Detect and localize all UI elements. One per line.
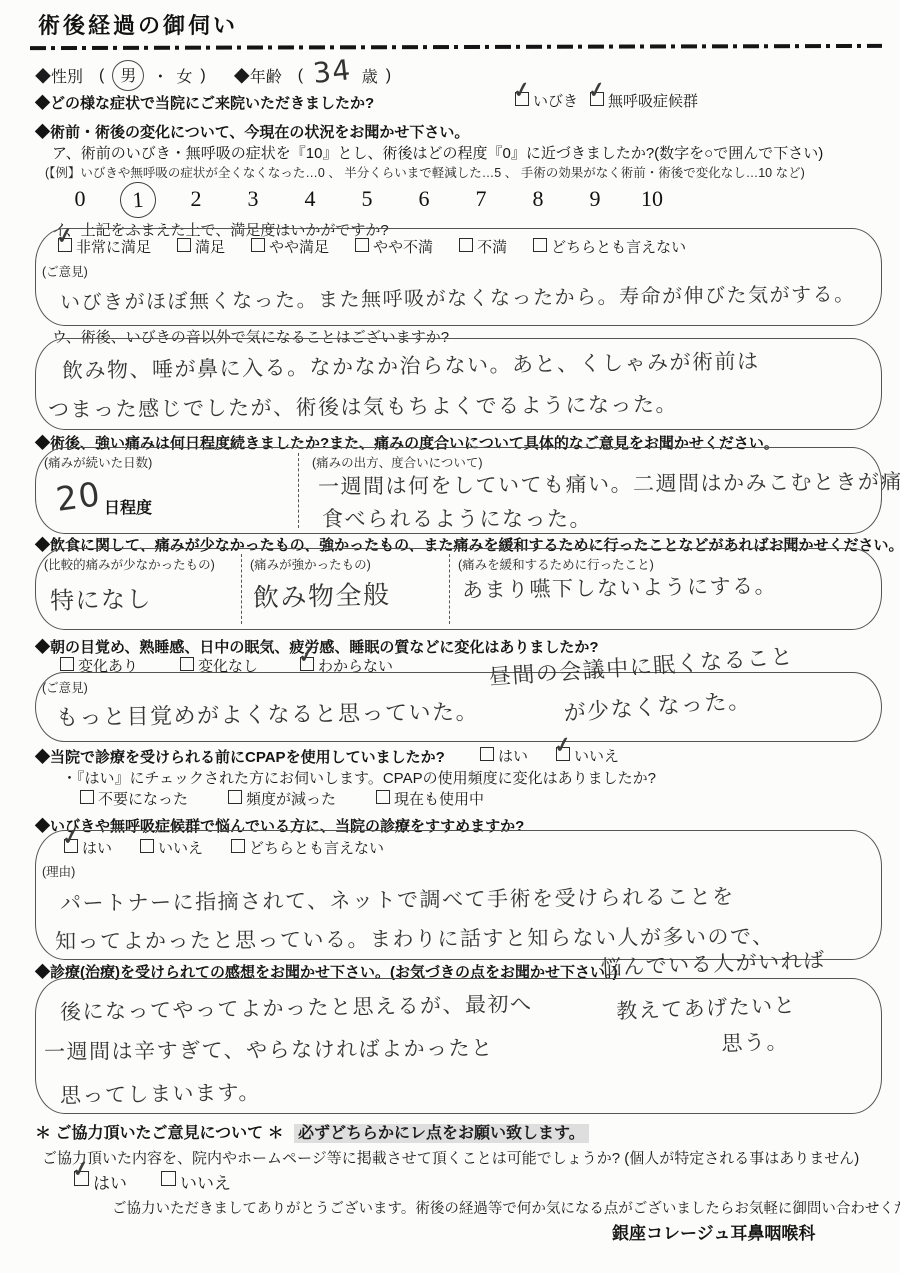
satisfaction-options: ✓非常に満足 ✓満足 ✓やや満足 ✓やや不満 ✓不満 ✓どちらとも言えない [58, 236, 686, 257]
change-question: ◆術前・術後の変化について、今現在の状況をお聞かせ下さい。 [35, 121, 469, 142]
pain-detail-line2-handwritten: 食べられるようになった。 [322, 503, 592, 533]
somewhat-dissatisfied-label: やや不満 [373, 236, 433, 257]
gender-male-circled[interactable]: 男 [112, 60, 144, 91]
cooperation-highlight: 必ずどちらかにレ点をお願い致します。 [294, 1124, 589, 1143]
sleep-comment-handwritten: もっと目覚めがよくなると思っていた。 [56, 695, 479, 732]
neither-label: どちらとも言えない [551, 236, 686, 257]
somewhat-dissatisfied-checkbox[interactable]: ✓ [355, 238, 369, 252]
change-yes-checkbox[interactable]: ✓ [60, 657, 74, 671]
scale-number-9[interactable]: 9 [578, 182, 612, 216]
reason-side-line1: 悩んでいる人がいれば [600, 944, 826, 982]
dissatisfied-checkbox[interactable]: ✓ [459, 238, 473, 252]
dash-dot-divider [30, 44, 882, 50]
cooperation-prefix: ＊ ご協力頂いたご意見について ＊ [35, 1125, 284, 1142]
other-symptoms-line2-handwritten: つまった感じでしたが、術後は気もちよくでるようになった。 [48, 388, 678, 423]
check-mark-icon: ✓ [60, 826, 81, 850]
satisfied-label: 満足 [195, 236, 225, 257]
publish-no-label: いいえ [180, 1169, 231, 1194]
pain-days-value-handwritten: 20 [54, 474, 104, 519]
pain-relief-value-handwritten: あまり嚥下しないようにする。 [462, 570, 777, 604]
scale-number-1[interactable]: 1 [119, 181, 157, 219]
closing-note: ご協力いただきましてありがとうございます。術後の経過等で何か気になる点がございま… [112, 1197, 900, 1218]
cpap-yes-option: ✓ はい [480, 745, 528, 766]
less-pain-value-handwritten: 特になし [50, 579, 153, 616]
publish-no-checkbox[interactable]: ✓ [161, 1171, 176, 1186]
eating-box-divider-1 [241, 554, 242, 624]
cpap-no-longer-needed-label: 不要になった [98, 788, 188, 809]
check-mark-icon: ✓ [54, 225, 75, 249]
reason-side-line3: 思う。 [721, 1024, 829, 1058]
paren-open: ( [99, 67, 104, 85]
publish-yes-checkbox[interactable]: ✓ [74, 1171, 89, 1186]
cpap-no-label: いいえ [574, 745, 619, 766]
reason-label: (理由) [42, 862, 75, 880]
eating-box-divider-2 [449, 554, 450, 624]
recommend-no-checkbox[interactable]: ✓ [140, 839, 154, 853]
dissatisfied-label: 不満 [477, 236, 507, 257]
less-pain-label: (比較的痛みが少なかったもの) [44, 555, 215, 573]
cpap-yes-label: はい [498, 745, 528, 766]
scale-number-8[interactable]: 8 [521, 182, 555, 216]
reason-side-line2: 教えてあげたいと [616, 988, 828, 1025]
more-pain-value-handwritten: 飲み物全般 [253, 574, 391, 615]
cpap-yes-checkbox[interactable]: ✓ [480, 747, 494, 761]
paren-close: ) [200, 67, 205, 85]
cpap-question: ◆当院で診療を受けられる前にCPAPを使用していましたか? [35, 746, 445, 767]
check-mark-icon: ✓ [586, 79, 607, 103]
satisfied-checkbox[interactable]: ✓ [177, 238, 191, 252]
cpap-no-option: ✓ いいえ [556, 745, 619, 766]
cpap-still-using-label: 現在も使用中 [394, 788, 484, 809]
change-example: (【例】いびきや無呼吸の症状が全くなくなった…0 、 半分くらいまで軽減した…5… [45, 163, 805, 181]
age-unit: 歳 [362, 64, 378, 87]
pain-days-unit: 日程度 [104, 495, 152, 518]
apnea-label: 無呼吸症候群 [608, 90, 698, 111]
impression-line3-handwritten: 思ってしまいます。 [60, 1076, 261, 1110]
cooperation-heading: ＊ ご協力頂いたご意見について ＊ 必ずどちらかにレ点をお願い致します。 [35, 1120, 589, 1143]
publish-yes-label: はい [93, 1169, 127, 1194]
pain-detail-label: (痛みの出方、度合いについて) [312, 453, 483, 471]
scale-number-3[interactable]: 3 [236, 182, 270, 216]
gender-female-label[interactable]: 女 [176, 64, 192, 87]
clinic-name: 銀座コレージュ耳鼻咽喉科 [612, 1219, 815, 1244]
scale-number-0[interactable]: 0 [63, 182, 97, 216]
somewhat-satisfied-checkbox[interactable]: ✓ [251, 238, 265, 252]
opinion-label: (ご意見) [42, 262, 88, 280]
age-label: ◆年齢 [234, 64, 282, 87]
age-paren-close: ) [386, 67, 391, 85]
survey-form-page: 術後経過の御伺い ◆性別 ( 男 ・ 女 ) ◆年齢 ( 34 歳 ) ◆どの様… [0, 0, 900, 1273]
recommend-no-label: いいえ [158, 837, 203, 858]
change-unknown-checkbox[interactable]: ✓ [300, 657, 314, 671]
very-satisfied-checkbox[interactable]: ✓ [58, 238, 72, 252]
publish-question: ご協力頂いた内容を、院内やホームページ等に掲載させて頂くことは可能でしょうか? … [42, 1147, 859, 1168]
check-mark-icon: ✓ [70, 1158, 91, 1182]
publish-options: ✓はい ✓いいえ [74, 1169, 231, 1194]
scale-number-10[interactable]: 10 [635, 182, 669, 216]
check-mark-icon: ✓ [511, 79, 532, 103]
recommend-yes-label: はい [82, 837, 112, 858]
reason-side-note-handwritten: 悩んでいる人がいれば 教えてあげたいと 思う。 [600, 944, 829, 1062]
scale-number-6[interactable]: 6 [407, 182, 441, 216]
cpap-reduced-label: 頻度が減った [246, 788, 336, 809]
cpap-no-checkbox[interactable]: ✓ [556, 747, 570, 761]
scale-number-2[interactable]: 2 [179, 182, 213, 216]
checkbox-apnea: ✓ 無呼吸症候群 [590, 90, 698, 111]
cpap-reduced-checkbox[interactable]: ✓ [228, 790, 242, 804]
pain-days-label: (痛みが続いた日数) [44, 453, 152, 471]
recommend-options: ✓はい ✓いいえ ✓どちらとも言えない [64, 837, 384, 858]
age-paren-open: ( [298, 67, 303, 85]
neither-checkbox[interactable]: ✓ [533, 238, 547, 252]
recommend-neither-label: どちらとも言えない [249, 837, 384, 858]
cpap-sub-question: ・『はい』にチェックされた方にお伺いします。CPAPの使用頻度に変化はありました… [62, 767, 656, 788]
check-mark-icon: ✓ [296, 644, 317, 668]
recommend-neither-checkbox[interactable]: ✓ [231, 839, 245, 853]
symptom-question: ◆どの様な症状で当院にご来院いただきましたか? [35, 92, 374, 113]
cpap-no-longer-needed-checkbox[interactable]: ✓ [80, 790, 94, 804]
very-satisfied-label: 非常に満足 [76, 236, 151, 257]
somewhat-satisfied-label: やや満足 [269, 236, 329, 257]
snoring-checkbox[interactable]: ✓ [515, 92, 529, 106]
recommend-yes-checkbox[interactable]: ✓ [64, 839, 78, 853]
page-title: 術後経過の御伺い [38, 9, 238, 40]
impression-line2-handwritten: 一週間は辛すぎて、やらなければよかったと [44, 1032, 494, 1066]
severity-scale: 0 1 2 3 4 5 6 7 8 9 10 [63, 182, 669, 218]
pain-relief-label: (痛みを緩和するために行ったこと) [458, 555, 654, 573]
sleep-question: ◆朝の目覚め、熟睡感、日中の眠気、疲労感、睡眠の質などに変化はありましたか? [35, 636, 599, 657]
apnea-checkbox[interactable]: ✓ [590, 92, 604, 106]
check-mark-icon: ✓ [552, 734, 573, 758]
scale-number-5[interactable]: 5 [350, 182, 384, 216]
pain-box-divider [298, 453, 299, 528]
checkbox-snoring: ✓ いびき [515, 90, 578, 111]
cpap-still-using-checkbox[interactable]: ✓ [376, 790, 390, 804]
age-value-handwritten: 34 [311, 53, 353, 90]
gender-separator: ・ [152, 64, 168, 87]
scale-number-7[interactable]: 7 [464, 182, 498, 216]
change-sub-a: ア、術前のいびき・無呼吸の症状を『10』とし、術後はどの程度『0』に近づきました… [52, 142, 823, 163]
profile-row: ◆性別 ( 男 ・ 女 ) ◆年齢 ( 34 歳 ) [35, 60, 391, 91]
change-no-checkbox[interactable]: ✓ [180, 657, 194, 671]
cpap-frequency-options: ✓不要になった ✓頻度が減った ✓現在も使用中 [80, 788, 484, 809]
gender-label: ◆性別 [35, 64, 83, 87]
scale-number-4[interactable]: 4 [293, 182, 327, 216]
pain-detail-line1-handwritten: 一週間は何をしていても痛い。二週間はかみこむときが痛いが [318, 465, 900, 500]
snoring-label: いびき [533, 90, 578, 111]
sleep-opinion-label: (ご意見) [42, 678, 88, 696]
more-pain-label: (痛みが強かったもの) [250, 555, 371, 573]
gender-male-label: 男 [120, 68, 136, 85]
